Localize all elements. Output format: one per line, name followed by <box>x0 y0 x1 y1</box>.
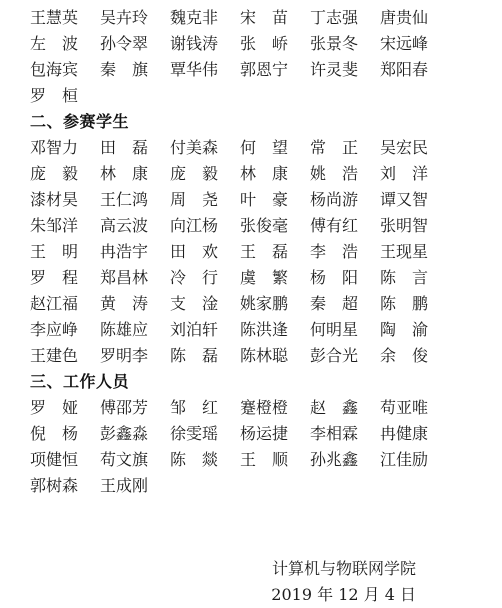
person-name: 郭树森 <box>30 473 100 499</box>
person-name: 郑阳春 <box>380 57 450 83</box>
section-heading: 二、参赛学生 <box>30 109 476 135</box>
person-name: 罗 程 <box>30 265 100 291</box>
name-row: 左 波孙令翠谢钱涛张 峤张景冬宋远峰 <box>30 31 476 57</box>
person-name: 陈洪逢 <box>240 317 310 343</box>
person-name: 冉浩宇 <box>100 239 170 265</box>
person-name: 陈 言 <box>380 265 450 291</box>
person-name: 王仁鸿 <box>100 187 170 213</box>
name-row: 赵江福黄 涛支 淦姚家鹏秦 超陈 鹏 <box>30 291 476 317</box>
person-name: 杨 阳 <box>310 265 380 291</box>
person-name: 杨运捷 <box>240 421 310 447</box>
person-name: 虞 繁 <box>240 265 310 291</box>
name-row: 邓智力田 磊付美森何 望常 正吴宏民 <box>30 135 476 161</box>
person-name: 庞 毅 <box>170 161 240 187</box>
person-name: 宋远峰 <box>380 31 450 57</box>
person-name: 彭合光 <box>310 343 380 369</box>
person-name: 秦 超 <box>310 291 380 317</box>
person-name: 罗 桓 <box>30 83 100 109</box>
person-name: 苟文旗 <box>100 447 170 473</box>
person-name: 李相霖 <box>310 421 380 447</box>
person-name: 魏克非 <box>170 5 240 31</box>
person-name: 罗 娅 <box>30 395 100 421</box>
person-name: 朱邹洋 <box>30 213 100 239</box>
person-name: 包海宾 <box>30 57 100 83</box>
person-name: 田 磊 <box>100 135 170 161</box>
person-name: 傅邵芳 <box>100 395 170 421</box>
person-name: 赵江福 <box>30 291 100 317</box>
person-name: 向江杨 <box>170 213 240 239</box>
person-name: 唐贵仙 <box>380 5 450 31</box>
person-name: 高云波 <box>100 213 170 239</box>
person-name: 田 欢 <box>170 239 240 265</box>
person-name: 杨尚游 <box>310 187 380 213</box>
person-name: 邹 红 <box>170 395 240 421</box>
name-row: 漆材昊王仁鸿周 尧叶 豪杨尚游谭又智 <box>30 187 476 213</box>
person-name: 陈雄应 <box>100 317 170 343</box>
name-row: 王 明冉浩宇田 欢王 磊李 浩王现星 <box>30 239 476 265</box>
person-name: 陈林聪 <box>240 343 310 369</box>
name-row: 倪 杨彭鑫淼徐雯瑶杨运捷李相霖冉健康 <box>30 421 476 447</box>
person-name: 李应峥 <box>30 317 100 343</box>
person-name: 孙令翠 <box>100 31 170 57</box>
person-name: 李 浩 <box>310 239 380 265</box>
person-name: 孙兆鑫 <box>310 447 380 473</box>
person-name: 林 康 <box>100 161 170 187</box>
document-footer: 计算机与物联网学院 2019 年 12 月 4 日 <box>30 556 476 608</box>
person-name: 张景冬 <box>310 31 380 57</box>
person-name: 庞 毅 <box>30 161 100 187</box>
person-name: 陈 磊 <box>170 343 240 369</box>
person-name: 丁志强 <box>310 5 380 31</box>
person-name: 王 明 <box>30 239 100 265</box>
person-name: 倪 杨 <box>30 421 100 447</box>
person-name: 漆材昊 <box>30 187 100 213</box>
person-name: 刘 洋 <box>380 161 450 187</box>
person-name: 赵 鑫 <box>310 395 380 421</box>
name-row: 包海宾秦 旗覃华伟郭恩宁许灵斐郑阳春 <box>30 57 476 83</box>
name-row: 项健恒苟文旗陈 燚王 顺孙兆鑫江佳励 <box>30 447 476 473</box>
person-name: 苟亚唯 <box>380 395 450 421</box>
name-row: 朱邹洋高云波向江杨张俊毫傅有红张明智 <box>30 213 476 239</box>
person-name: 谭又智 <box>380 187 450 213</box>
person-name: 支 淦 <box>170 291 240 317</box>
person-name: 陈 燚 <box>170 447 240 473</box>
person-name: 秦 旗 <box>100 57 170 83</box>
person-name: 王成刚 <box>100 473 170 499</box>
person-name: 姚家鹏 <box>240 291 310 317</box>
person-name: 许灵斐 <box>310 57 380 83</box>
name-row: 庞 毅林 康庞 毅林 康姚 浩刘 洋 <box>30 161 476 187</box>
person-name: 余 俊 <box>380 343 450 369</box>
person-name: 冷 行 <box>170 265 240 291</box>
person-name: 傅有红 <box>310 213 380 239</box>
person-name: 彭鑫淼 <box>100 421 170 447</box>
person-name: 左 波 <box>30 31 100 57</box>
person-name: 郑昌林 <box>100 265 170 291</box>
section-heading: 三、工作人员 <box>30 369 476 395</box>
person-name: 王 顺 <box>240 447 310 473</box>
name-row: 王建色罗明李陈 磊陈林聪彭合光余 俊 <box>30 343 476 369</box>
person-name: 王建色 <box>30 343 100 369</box>
name-row: 李应峥陈雄应刘泊轩陈洪逢何明星陶 渝 <box>30 317 476 343</box>
person-name: 陈 鹏 <box>380 291 450 317</box>
person-name: 谢钱涛 <box>170 31 240 57</box>
person-name: 常 正 <box>310 135 380 161</box>
person-name: 吴卉玲 <box>100 5 170 31</box>
person-name: 付美森 <box>170 135 240 161</box>
staff-section: 三、工作人员罗 娅傅邵芳邹 红蹇橙橙赵 鑫苟亚唯倪 杨彭鑫淼徐雯瑶杨运捷李相霖冉… <box>30 369 476 499</box>
name-row: 郭树森王成刚 <box>30 473 476 499</box>
person-name: 何明星 <box>310 317 380 343</box>
document-page: 王慧英吴卉玲魏克非宋 苗丁志强唐贵仙左 波孙令翠谢钱涛张 峤张景冬宋远峰包海宾秦… <box>0 0 502 608</box>
name-row: 罗 娅傅邵芳邹 红蹇橙橙赵 鑫苟亚唯 <box>30 395 476 421</box>
person-name: 宋 苗 <box>240 5 310 31</box>
person-name: 项健恒 <box>30 447 100 473</box>
person-name: 张俊毫 <box>240 213 310 239</box>
person-name: 何 望 <box>240 135 310 161</box>
person-name: 郭恩宁 <box>240 57 310 83</box>
name-row: 罗 桓 <box>30 83 476 109</box>
person-name: 黄 涛 <box>100 291 170 317</box>
award-committee-roster-continued: 王慧英吴卉玲魏克非宋 苗丁志强唐贵仙左 波孙令翠谢钱涛张 峤张景冬宋远峰包海宾秦… <box>30 5 476 109</box>
person-name: 罗明李 <box>100 343 170 369</box>
person-name: 刘泊轩 <box>170 317 240 343</box>
person-name: 张 峤 <box>240 31 310 57</box>
person-name: 江佳励 <box>380 447 450 473</box>
person-name: 姚 浩 <box>310 161 380 187</box>
person-name: 邓智力 <box>30 135 100 161</box>
person-name: 冉健康 <box>380 421 450 447</box>
person-name: 周 尧 <box>170 187 240 213</box>
name-row: 罗 程郑昌林冷 行虞 繁杨 阳陈 言 <box>30 265 476 291</box>
person-name: 覃华伟 <box>170 57 240 83</box>
person-name: 徐雯瑶 <box>170 421 240 447</box>
person-name: 张明智 <box>380 213 450 239</box>
issue-date: 2019 年 12 月 4 日 <box>30 582 416 608</box>
name-row: 王慧英吴卉玲魏克非宋 苗丁志强唐贵仙 <box>30 5 476 31</box>
person-name: 吴宏民 <box>380 135 450 161</box>
person-name: 林 康 <box>240 161 310 187</box>
students-section: 二、参赛学生邓智力田 磊付美森何 望常 正吴宏民庞 毅林 康庞 毅林 康姚 浩刘… <box>30 109 476 369</box>
issuing-department: 计算机与物联网学院 <box>30 556 416 582</box>
person-name: 王现星 <box>380 239 450 265</box>
person-name: 王慧英 <box>30 5 100 31</box>
person-name: 叶 豪 <box>240 187 310 213</box>
person-name: 陶 渝 <box>380 317 450 343</box>
person-name: 蹇橙橙 <box>240 395 310 421</box>
person-name: 王 磊 <box>240 239 310 265</box>
